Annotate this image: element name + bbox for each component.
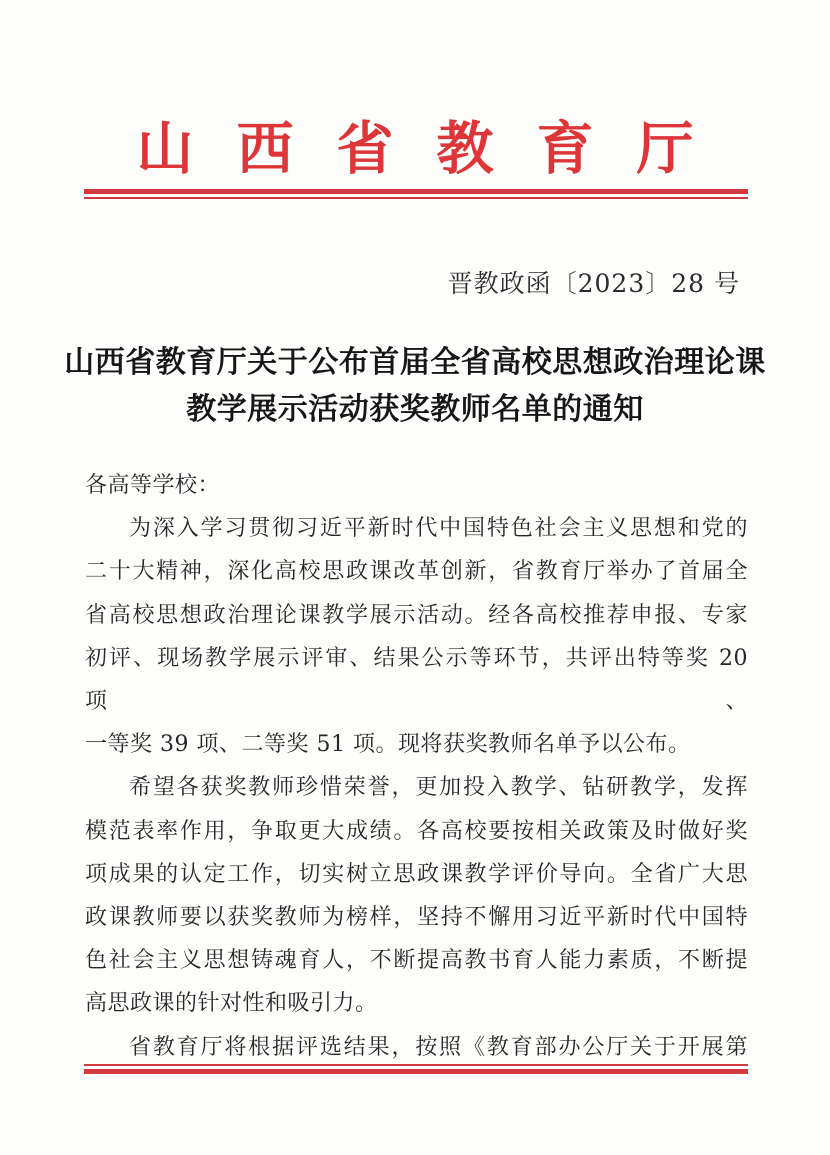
notice-title-line2: 教学展示活动获奖教师名单的通知 — [0, 386, 830, 433]
body-line: 政课教师要以获奖教师为榜样，坚持不懈用习近平新时代中国特 — [85, 896, 748, 939]
body-line: 一等奖 39 项、二等奖 51 项。现将获奖教师名单予以公布。 — [85, 723, 748, 766]
letterhead-agency-title: 山西省教育厅 — [0, 116, 830, 182]
body-line: 各高等学校： — [85, 464, 748, 507]
rule-thick-bar — [84, 189, 748, 194]
rule-thin-bar — [84, 197, 748, 199]
body-line: 为深入学习贯彻习近平新时代中国特色社会主义思想和党的 — [85, 507, 748, 550]
letterhead-separator-rule — [84, 189, 748, 199]
document-page: 山西省教育厅 晋教政函〔2023〕28 号 山西省教育厅关于公布首届全省高校思想… — [0, 0, 830, 1155]
body-line: 项成果的认定工作，切实树立思政课教学评价导向。全省广大思 — [85, 853, 748, 896]
body-line: 省高校思想政治理论课教学展示活动。经各高校推荐申报、专家 — [85, 594, 748, 637]
notice-title: 山西省教育厅关于公布首届全省高校思想政治理论课 教学展示活动获奖教师名单的通知 — [0, 339, 830, 433]
rule-thin-bar — [84, 1064, 748, 1066]
body-line: 二十大精神，深化高校思政课改革创新，省教育厅举办了首届全 — [85, 550, 748, 593]
body-line: 希望各获奖教师珍惜荣誉，更加投入教学、钻研教学，发挥 — [85, 766, 748, 809]
document-reference-number: 晋教政函〔2023〕28 号 — [448, 264, 740, 300]
body-line: 色社会主义思想铸魂育人，不断提高教书育人能力素质，不断提 — [85, 939, 748, 982]
notice-title-line1: 山西省教育厅关于公布首届全省高校思想政治理论课 — [0, 339, 830, 386]
body-line: 省教育厅将根据评选结果，按照《教育部办公厅关于开展第 — [85, 1026, 748, 1069]
body-text: 各高等学校：为深入学习贯彻习近平新时代中国特色社会主义思想和党的二十大精神，深化… — [85, 464, 748, 1069]
body-line: 初评、现场教学展示评审、结果公示等环节，共评出特等奖 20 项、 — [85, 637, 748, 723]
body-line: 模范表率作用，争取更大成绩。各高校要按相关政策及时做好奖 — [85, 810, 748, 853]
footer-separator-rule — [84, 1064, 748, 1074]
body-line: 高思政课的针对性和吸引力。 — [85, 982, 748, 1025]
rule-thick-bar — [84, 1069, 748, 1074]
